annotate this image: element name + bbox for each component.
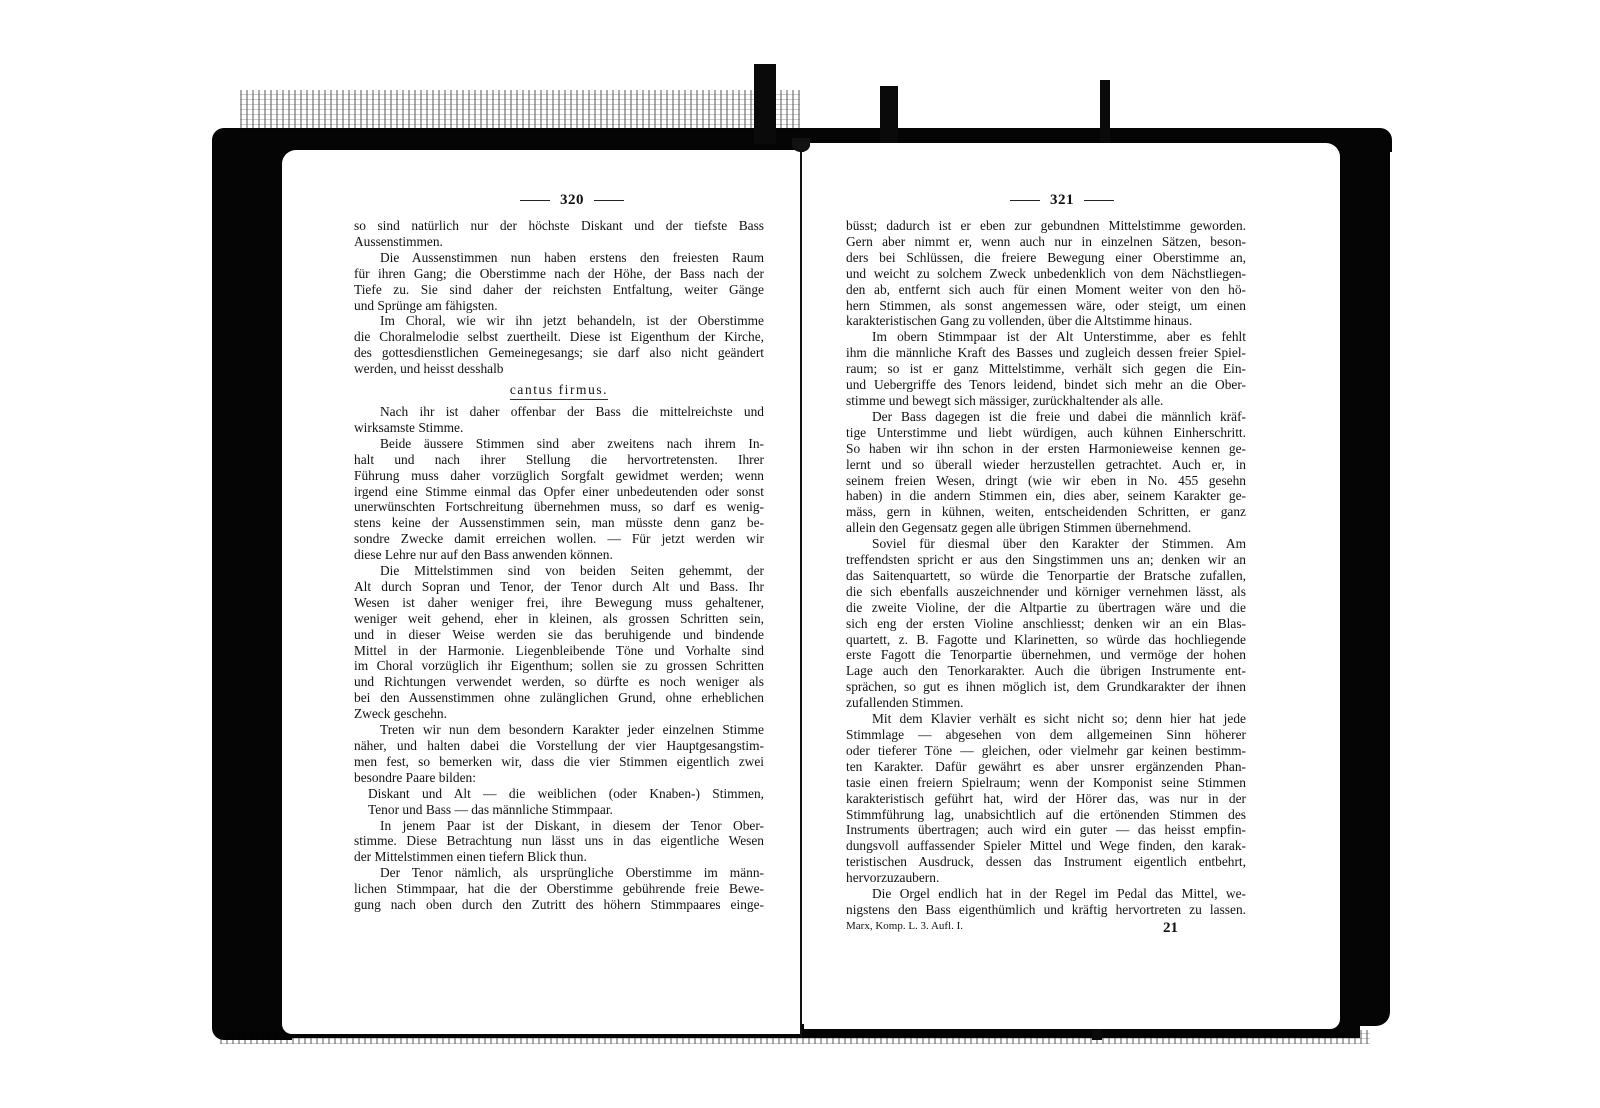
dash-decoration: [1010, 200, 1040, 201]
text-line: Führung muss daher vorzüglich Sorgfalt g…: [354, 468, 764, 484]
text-line: die zweite Violine, der die Altpartie zu…: [846, 600, 1246, 616]
signature-mark: 21: [1163, 920, 1178, 937]
right-edge-shadow: [1332, 136, 1390, 1026]
text-line: Der Bass dagegen ist die freie und dabei…: [846, 409, 1246, 425]
page-number-right: 321: [1000, 192, 1124, 209]
book-spread-scan: 320 321 so sind natürlich nur der höchst…: [0, 0, 1600, 1108]
dash-decoration: [1084, 200, 1114, 201]
text-line: Im Choral, wie wir ihn jetzt behandeln, …: [354, 313, 764, 329]
text-line: der Mittelstimmen einen tiefern Blick th…: [354, 849, 764, 865]
page-tab: [1100, 80, 1110, 144]
dash-decoration: [594, 200, 624, 201]
text-line: karakteristisch geführt hat, wird der Hö…: [846, 791, 1246, 807]
text-line: Wesen ist daher weniger frei, ihre Beweg…: [354, 595, 764, 611]
text-line: Lage auch den Tenorkarakter. Auch die üb…: [846, 663, 1246, 679]
text-line: sondre Zwecke damit erreichen wollen. — …: [354, 531, 764, 547]
text-line: zufallenden Stimmen.: [846, 695, 1246, 711]
text-line: und Richtungen verwendet werden, so dürf…: [354, 674, 764, 690]
text-line: Nach ihr ist daher offenbar der Bass die…: [354, 404, 764, 420]
text-line: Diskant und Alt — die weiblichen (oder K…: [354, 786, 764, 802]
text-line: Tenor und Bass — das männliche Stimmpaar…: [354, 802, 764, 818]
centered-heading: cantus firmus.: [354, 382, 764, 400]
footer-imprint: Marx, Komp. L. 3. Aufl. I.: [846, 920, 963, 937]
text-line: Treten wir nun dem besondern Karakter je…: [354, 722, 764, 738]
text-line: gung nach oben durch den Zutritt des höh…: [354, 897, 764, 913]
top-edge-grain: [240, 90, 800, 130]
text-line: stens keine der Aussenstimmen sein, man …: [354, 515, 764, 531]
text-line: die Choralmelodie selbst zuertheilt. Die…: [354, 329, 764, 345]
text-line: hervorzuzaubern.: [846, 870, 1246, 886]
text-line: Im obern Stimmpaar ist der Alt Unterstim…: [846, 329, 1246, 345]
text-line: näher, und halten dabei die Vorstellung …: [354, 738, 764, 754]
text-line: sich eng der ersten Violine anschliesst;…: [846, 616, 1246, 632]
cantus-firmus-heading: cantus firmus.: [510, 382, 608, 400]
text-line: den ab, entfernt sich auch für einen Mom…: [846, 282, 1246, 298]
text-line: besondre Paare bilden:: [354, 770, 764, 786]
text-line: Der Tenor nämlich, als ursprüngliche Obe…: [354, 865, 764, 881]
text-line: des gottesdienstlichen Gemeinegesangs; s…: [354, 345, 764, 361]
page-number-text: 320: [560, 192, 584, 208]
text-line: und in dieser Weise werden sie das beruh…: [354, 627, 764, 643]
text-line: halt und nach ihrer Stellung die hervort…: [354, 452, 764, 468]
text-line: Die Aussenstimmen nun haben erstens den …: [354, 250, 764, 266]
text-line: Tiefe zu. Sie sind daher der reichsten E…: [354, 282, 764, 298]
text-line: stimme. Diese Betrachtung nun lässt uns …: [354, 833, 764, 849]
text-line: stimme und bewegt sich mässiger, zurückh…: [846, 393, 1246, 409]
text-line: Zweck geschehn.: [354, 706, 764, 722]
text-line: Instruments übertragen; auch wird ein gu…: [846, 822, 1246, 838]
text-line: teristischen Ausdruck, dessen das Instru…: [846, 854, 1246, 870]
text-line: quartett, z. B. Fagotte und Klarinetten,…: [846, 632, 1246, 648]
text-line: Die Orgel endlich hat in der Regel im Pe…: [846, 886, 1246, 902]
text-line: das Saitenquartett, so würde die Tenorpa…: [846, 568, 1246, 584]
dash-decoration: [520, 200, 550, 201]
text-line: karakteristischen Gang zu vollenden, übe…: [846, 313, 1246, 329]
text-line: und Uebergriffe des Tenors leidend, bind…: [846, 377, 1246, 393]
text-line: Mit dem Klavier verhält es sicht nicht s…: [846, 711, 1246, 727]
text-line: für ihren Gang; die Oberstimme nach der …: [354, 266, 764, 282]
text-line: So haben wir ihn schon in der ersten Har…: [846, 441, 1246, 457]
text-line: tige Unterstimme und liebt würdigen, auc…: [846, 425, 1246, 441]
page-number-text: 321: [1050, 192, 1074, 208]
text-line: so sind natürlich nur der höchste Diskan…: [354, 218, 764, 234]
page-number-left: 320: [510, 192, 634, 209]
gutter-ink-blot: [792, 138, 810, 152]
text-line: irgend eine Stimme einmal das Opfer eine…: [354, 484, 764, 500]
text-line: seinem freien Wesen, dringt (wie wir ebe…: [846, 473, 1246, 489]
text-line: raum; so ist er ganz Mittelstimme, verhä…: [846, 361, 1246, 377]
text-line: bei den Aussenstimmen ohne zulänglichen …: [354, 690, 764, 706]
text-line: wirksamste Stimme.: [354, 420, 764, 436]
text-line: Stimmlage — abgesehen von dem allgemeine…: [846, 727, 1246, 743]
text-line: Soviel für diesmal über den Karakter der…: [846, 536, 1246, 552]
text-line: nigstens den Bass eigenthümlich und kräf…: [846, 902, 1246, 918]
text-line: diese Lehre nur auf den Bass anwenden kö…: [354, 547, 764, 563]
text-line: In jenem Paar ist der Diskant, in diesem…: [354, 818, 764, 834]
text-line: werden, und heisst desshalb: [354, 361, 764, 377]
text-line: Aussenstimmen.: [354, 234, 764, 250]
text-line: ten Karakter. Dafür gewährt es aber unsr…: [846, 759, 1246, 775]
text-line: treffendsten spricht er aus den Singstim…: [846, 552, 1246, 568]
text-line: ders bei Schlüssen, die freiere Bewegung…: [846, 250, 1246, 266]
text-line: Gern aber nimmt er, wenn auch nur in ein…: [846, 234, 1246, 250]
text-line: allein den Gegensatz gegen alle übrigen …: [846, 520, 1246, 536]
text-line: büsst; dadurch ist er eben zur gebundnen…: [846, 218, 1246, 234]
text-line: Die Mittelstimmen sind von beiden Seiten…: [354, 563, 764, 579]
text-line: weniger weit gehend, eher in kleinen, al…: [354, 611, 764, 627]
text-line: im Choral vorzüglich ihr Eigenthum; soll…: [354, 658, 764, 674]
text-line: und weicht zu solchem Zweck unbedenklich…: [846, 266, 1246, 282]
text-line: men fest, so bemerken wir, dass die vier…: [354, 754, 764, 770]
text-line: lernt und so überall wieder herzustellen…: [846, 457, 1246, 473]
text-line: hern Stimmen, als sonst angemessen wäre,…: [846, 298, 1246, 314]
right-page-body: büsst; dadurch ist er eben zur gebundnen…: [846, 218, 1246, 918]
text-line: und Sprünge am fähigsten.: [354, 298, 764, 314]
text-line: lichen Stimmpaar, hat die der Oberstimme…: [354, 881, 764, 897]
text-line: oder tieferer Töne — gleichen, oder viel…: [846, 743, 1246, 759]
left-edge-shadow: [212, 128, 292, 1040]
text-line: dungsvoll auffassender Spieler Mittel un…: [846, 838, 1246, 854]
text-line: tasie einen freiern Spielraum; wenn der …: [846, 775, 1246, 791]
text-line: sprächen, so gut es ihnen möglich ist, d…: [846, 679, 1246, 695]
text-line: haben) in die andern Stimmen ein, dies a…: [846, 488, 1246, 504]
text-line: ihm die männliche Kraft des Basses und z…: [846, 345, 1246, 361]
text-line: die sich ebenfalls auszeichnender und kö…: [846, 584, 1246, 600]
page-tab: [880, 86, 898, 144]
book-gutter: [800, 138, 802, 1038]
left-page-body: so sind natürlich nur der höchste Diskan…: [354, 218, 764, 913]
text-line: Beide äussere Stimmen sind aber zweitens…: [354, 436, 764, 452]
text-line: unerwünschten Fortschreitung übernehmen …: [354, 499, 764, 515]
text-line: erste Fagott die Tenorpartie übernehmen,…: [846, 647, 1246, 663]
text-line: Alt durch Sopran und Tenor, der Tenor du…: [354, 579, 764, 595]
page-footer: Marx, Komp. L. 3. Aufl. I. 21: [846, 920, 1246, 937]
page-tab: [754, 64, 776, 144]
text-line: mäss, gern in kühnen, weiten, entscheide…: [846, 504, 1246, 520]
text-line: Stimmführung lag, unabsichtlich auf die …: [846, 807, 1246, 823]
text-line: Mittel in der Harmonie. Liegenbleibende …: [354, 643, 764, 659]
